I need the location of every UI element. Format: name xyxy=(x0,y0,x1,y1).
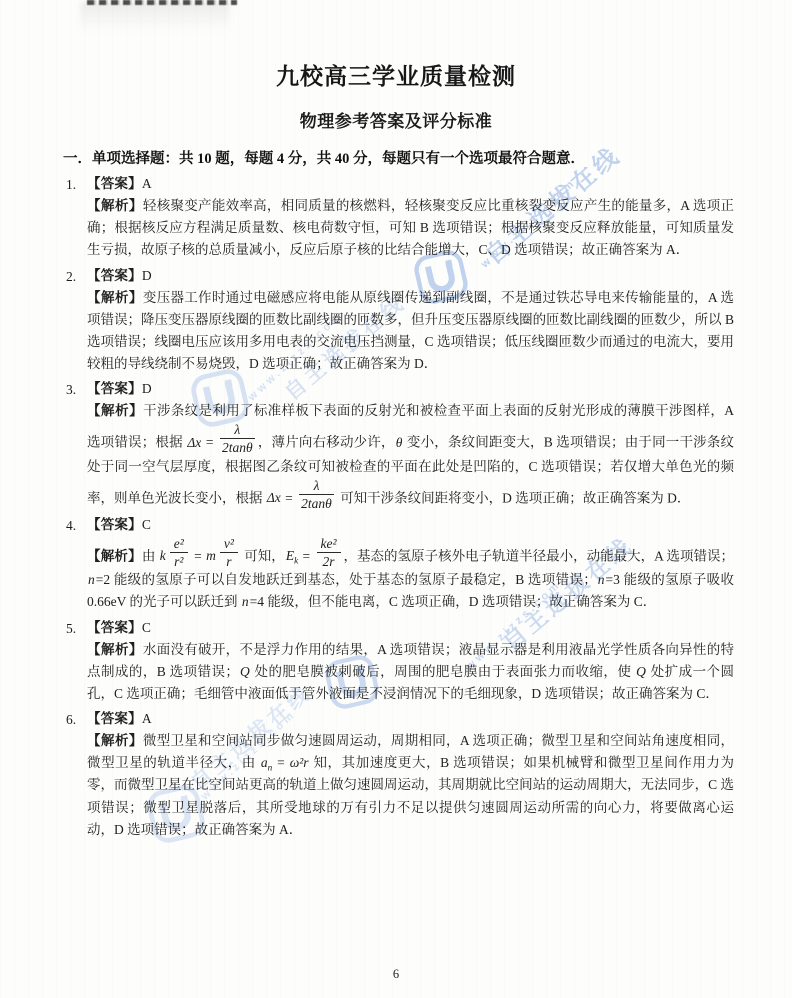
analysis-label: 【解析】 xyxy=(87,733,143,748)
explanation-paragraph: 【解析】轻核聚变产能效率高，相同质量的核燃料，轻核聚变反应比重核裂变反应产生的能… xyxy=(87,195,734,261)
answer-label: 【答案】 xyxy=(87,381,142,396)
item-number: 2. xyxy=(66,266,76,288)
answer-line: 【答案】D xyxy=(87,265,734,287)
math-var: ω²r xyxy=(289,755,310,770)
answer-value: D xyxy=(142,381,152,396)
analysis-label: 【解析】 xyxy=(87,198,143,213)
answer-label: 【答案】 xyxy=(87,517,142,532)
math-var: an xyxy=(260,755,273,770)
answer-line: 【答案】A xyxy=(87,708,734,730)
answer-item: 6.【答案】A【解析】微型卫星和空间站同步做匀速圆周运动，周期相同，A 选项正确… xyxy=(66,708,734,841)
item-number: 1. xyxy=(66,174,76,196)
math-var: Q xyxy=(635,664,647,679)
scan-artifact-cutoff-text xyxy=(87,0,237,5)
item-number: 4. xyxy=(66,515,76,537)
answer-line: 【答案】C xyxy=(87,617,734,639)
answer-value: A xyxy=(142,711,152,726)
answer-label: 【答案】 xyxy=(87,620,142,635)
math-fraction: v²r xyxy=(220,536,238,569)
answer-item: 2.【答案】D【解析】变压器工作时通过电磁感应将电能从原线圈传递到副线圈，不是通… xyxy=(66,265,734,376)
item-number: 3. xyxy=(66,379,76,401)
answer-line: 【答案】D xyxy=(87,378,734,400)
math-var: n xyxy=(87,572,96,587)
analysis-label: 【解析】 xyxy=(87,290,143,305)
answer-value: D xyxy=(142,268,152,283)
answer-label: 【答案】 xyxy=(87,711,142,726)
item-number: 5. xyxy=(66,618,76,640)
explanation-paragraph: 【解析】干涉条纹是利用了标准样板下表面的反射光和被检查平面上表面的反射光形成的薄… xyxy=(87,400,734,511)
answer-value: C xyxy=(142,517,151,532)
math-fraction: λ2tanθ xyxy=(299,478,334,511)
explanation-paragraph: 【解析】变压器工作时通过电磁感应将电能从原线圈传递到副线圈，不是通过铁芯导电来传… xyxy=(87,287,734,376)
math-fraction: e²r² xyxy=(170,536,188,569)
explanation-paragraph: 【解析】水面没有破开，不是浮力作用的结果，A 选项错误；液晶显示器是利用液晶光学… xyxy=(87,639,734,705)
math-var: Δx xyxy=(186,435,202,450)
math-var: n xyxy=(241,594,250,609)
answer-value: C xyxy=(142,620,151,635)
answer-line: 【答案】A xyxy=(87,173,734,195)
explanation-paragraph: 【解析】由 ke²r² = mv²r 可知，Ek = ke²2r，基态的氢原子核… xyxy=(87,536,734,613)
section-heading-scoring: 共 10 题，每题 4 分，共 40 分， xyxy=(179,151,382,167)
math-var: Δx xyxy=(266,490,282,505)
math-fraction: ke²2r xyxy=(317,536,341,569)
answer-item: 3.【答案】D【解析】干涉条纹是利用了标准样板下表面的反射光和被检查平面上表面的… xyxy=(66,378,734,511)
analysis-label: 【解析】 xyxy=(87,548,142,563)
item-number: 6. xyxy=(66,709,76,731)
page-number: 6 xyxy=(0,967,792,982)
math-var: n xyxy=(597,572,606,587)
math-var: θ xyxy=(395,435,404,450)
section-heading-note: 每题只有一个选项最符合题意． xyxy=(382,151,585,167)
document-title: 九校高三学业质量检测 xyxy=(0,58,792,91)
answer-label: 【答案】 xyxy=(87,176,142,191)
answer-label: 【答案】 xyxy=(87,268,142,283)
answer-item: 1.【答案】A【解析】轻核聚变产能效率高，相同质量的核燃料，轻核聚变反应比重核裂… xyxy=(66,173,734,262)
math-var: Q xyxy=(239,664,251,679)
section-heading-type: 一．单项选择题： xyxy=(63,151,179,167)
answer-item: 5.【答案】C【解析】水面没有破开，不是浮力作用的结果，A 选项错误；液晶显示器… xyxy=(66,617,734,706)
math-var: m xyxy=(205,548,217,563)
answer-line: 【答案】C xyxy=(87,514,734,536)
scanned-document-page: 自主选拔在线 www.zizzs.com 自主选拔在线 www.zizzs.co… xyxy=(0,0,792,998)
math-var: k xyxy=(159,548,167,563)
answer-item: 4.【答案】C【解析】由 ke²r² = mv²r 可知，Ek = ke²2r，… xyxy=(66,514,734,614)
answer-value: A xyxy=(142,176,152,191)
analysis-label: 【解析】 xyxy=(87,403,143,418)
math-var: Ek xyxy=(285,548,299,563)
explanation-paragraph: 【解析】微型卫星和空间站同步做匀速圆周运动，周期相同，A 选项正确；微型卫星和空… xyxy=(87,730,734,841)
answers-list: 1.【答案】A【解析】轻核聚变产能效率高，相同质量的核燃料，轻核聚变反应比重核裂… xyxy=(66,173,734,841)
math-fraction: λ2tanθ xyxy=(220,422,255,455)
analysis-label: 【解析】 xyxy=(87,642,143,657)
document-subtitle: 物理参考答案及评分标准 xyxy=(0,107,792,132)
section-heading: 一．单项选择题：共 10 题，每题 4 分，共 40 分，每题只有一个选项最符合… xyxy=(63,147,734,168)
scan-artifact-shadow xyxy=(80,2,230,32)
